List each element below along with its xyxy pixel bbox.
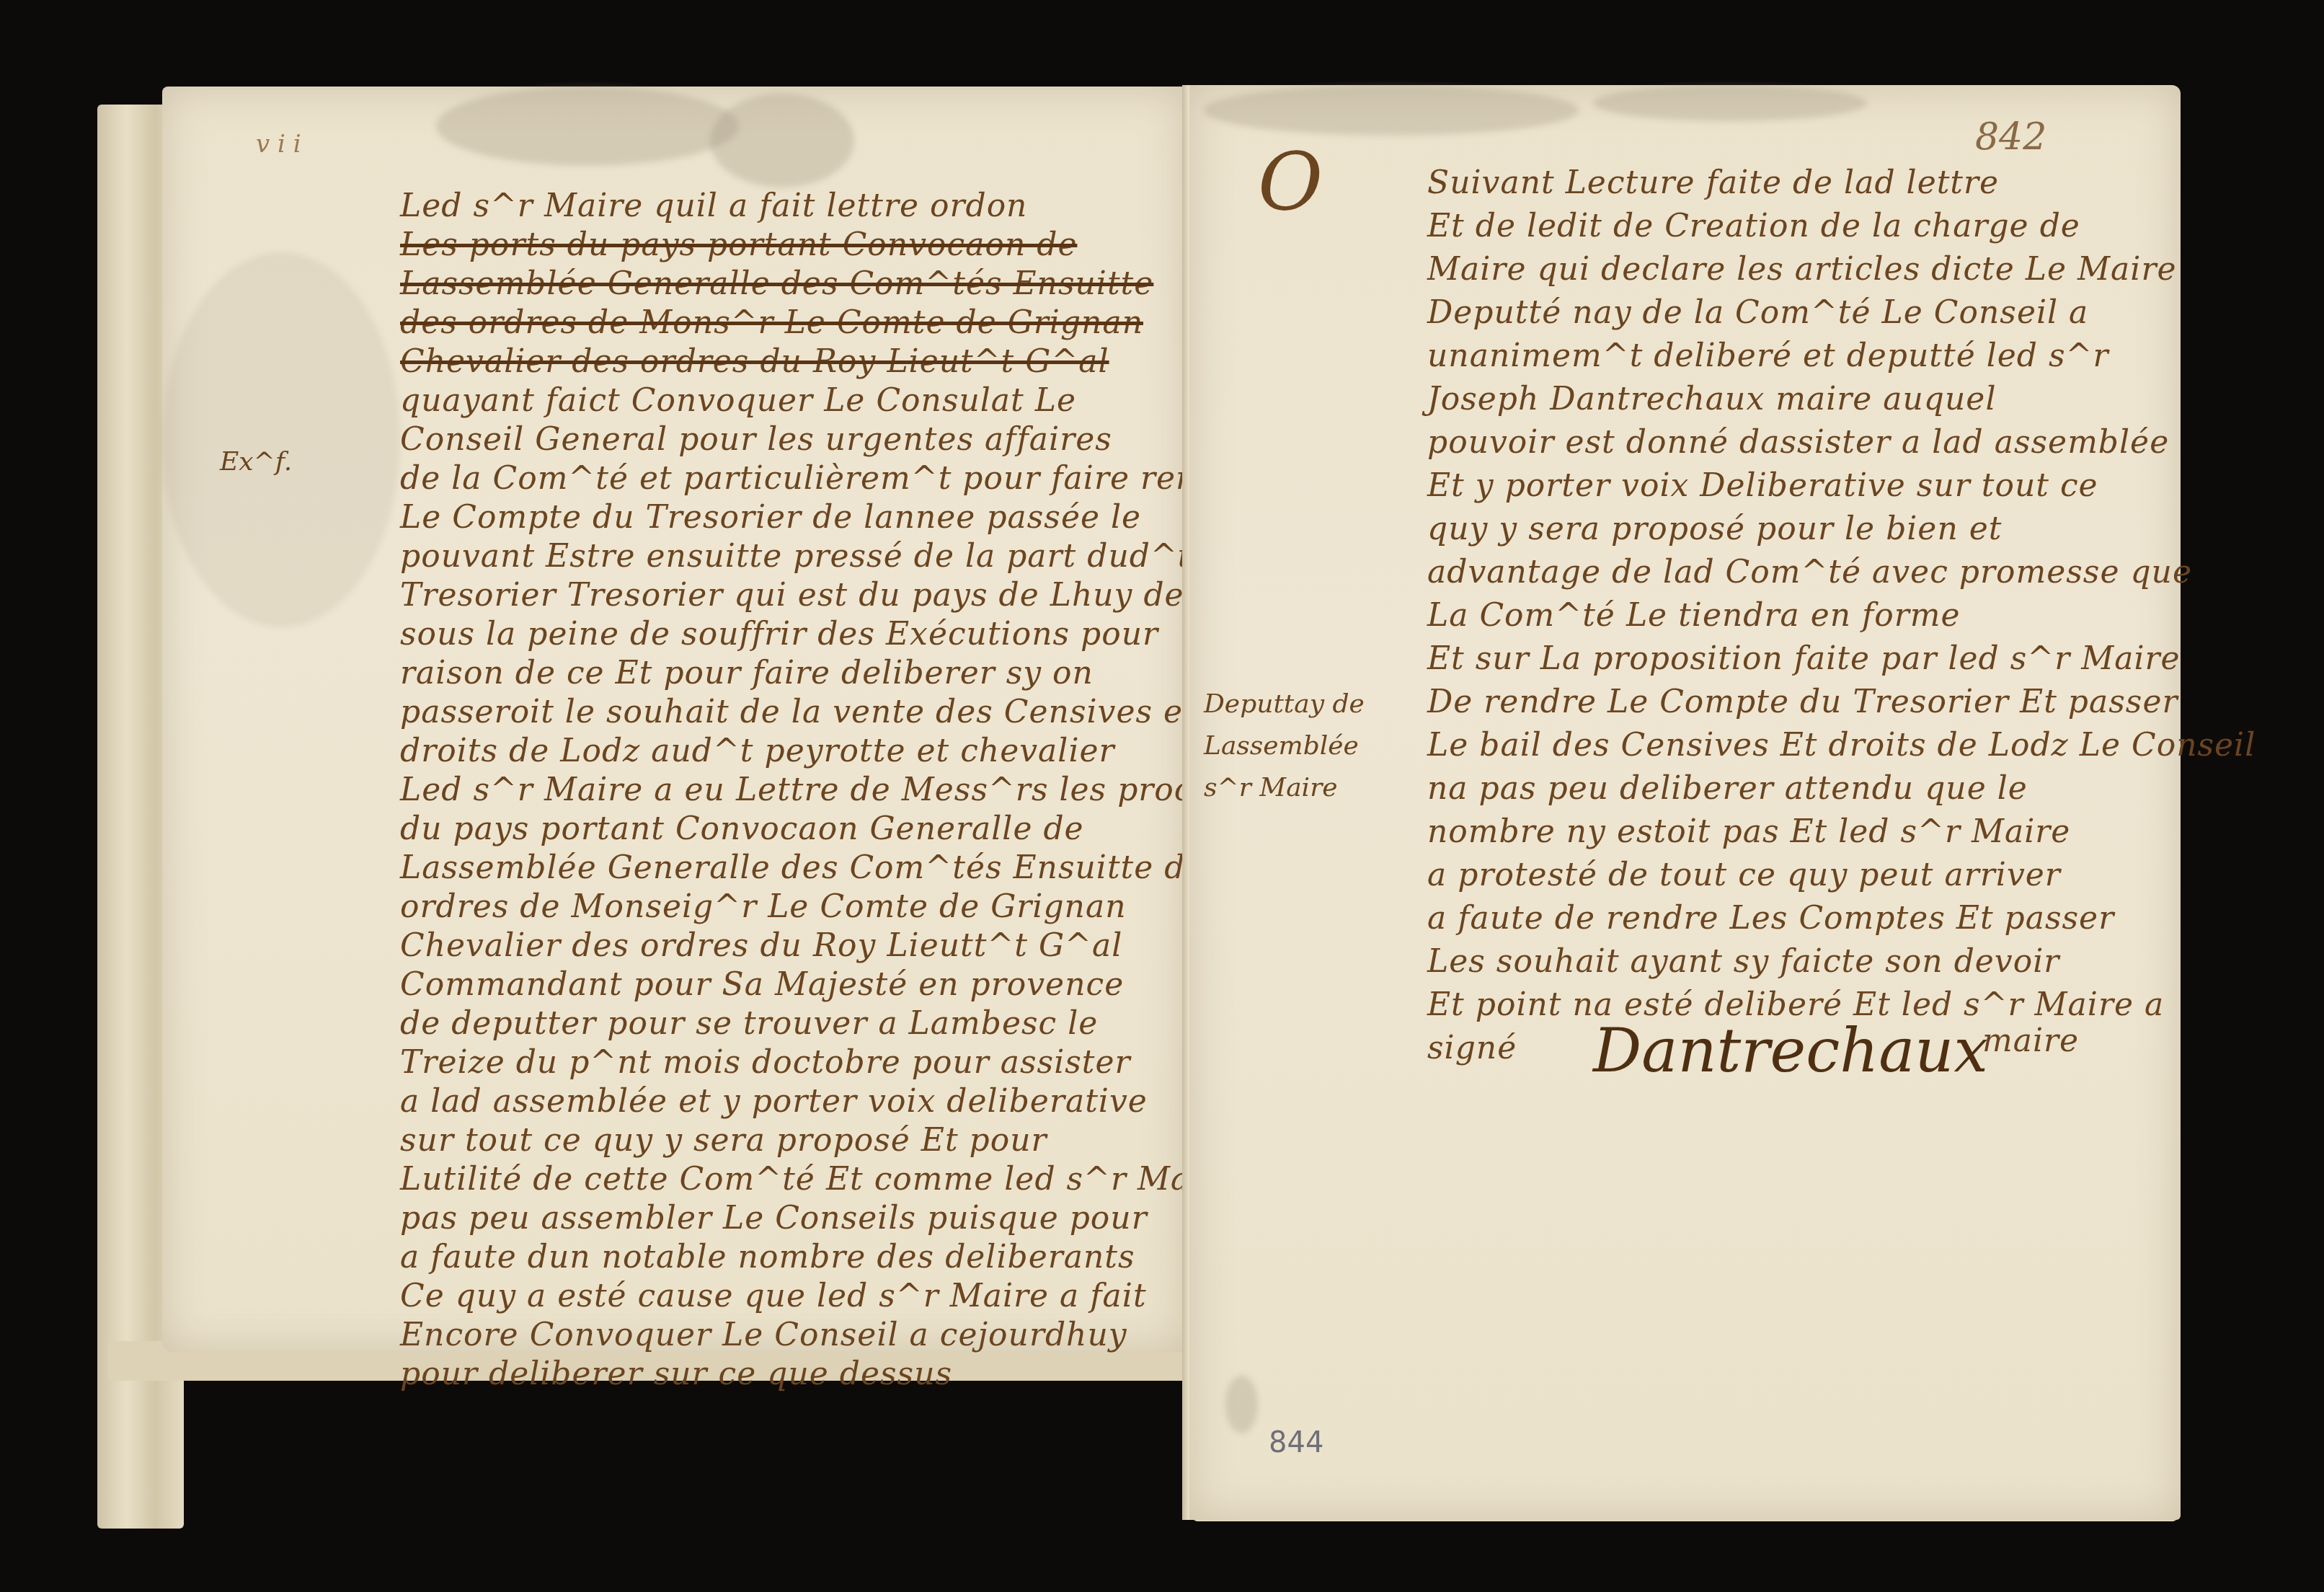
manuscript-line: Les ports du pays portant Convocaon de bbox=[400, 226, 1077, 263]
left-page: v i i Ex^f. Led s^r Maire quil a fait le… bbox=[162, 87, 1186, 1352]
manuscript-line: Et de ledit de Creation de la charge de bbox=[1427, 208, 2080, 244]
manuscript-line: pouvant Estre ensuitte pressé de la part… bbox=[400, 538, 1192, 575]
manuscript-line: du pays portant Convocaon Generalle de bbox=[400, 810, 1084, 847]
manuscript-line: pour deliberer sur ce que dessus bbox=[400, 1356, 952, 1392]
manuscript-line: pouvoir est donné dassister a lad assemb… bbox=[1427, 424, 2169, 461]
manuscript-line: Led s^r Maire quil a fait lettre ordon bbox=[400, 187, 1027, 224]
signature: Dantrechaux bbox=[1593, 1015, 1988, 1086]
manuscript-line: a lad assemblée et y porter voix deliber… bbox=[400, 1083, 1148, 1120]
manuscript-line: Commandant pour Sa Majesté en provence bbox=[400, 966, 1124, 1003]
manuscript-line: quayant faict Convoquer Le Consulat Le bbox=[400, 382, 1076, 419]
water-stain bbox=[162, 252, 400, 627]
manuscript-line: quy y sera proposé pour le bien et bbox=[1427, 510, 2002, 547]
initial-letter: O bbox=[1258, 136, 1323, 228]
manuscript-line: Et sur La proposition faite par led s^r … bbox=[1427, 640, 2181, 677]
pencil-page-number: 844 bbox=[1269, 1426, 1323, 1459]
signature-title: maire bbox=[1982, 1022, 2079, 1059]
water-stain bbox=[1225, 1376, 1258, 1433]
right-page: 842 O Deputtay de Lassemblée s^r Maire S… bbox=[1189, 85, 2181, 1520]
manuscript-line: pas peu assembler Le Conseils puisque po… bbox=[400, 1200, 1148, 1237]
manuscript-line: Chevalier des ordres du Roy Lieut^t G^al bbox=[400, 343, 1109, 380]
manuscript-line: de la Com^té et particulièrem^t pour fai… bbox=[400, 460, 1254, 497]
folio-number: 842 bbox=[1975, 115, 2046, 159]
manuscript-line: Tresorier Tresorier qui est du pays de L… bbox=[400, 577, 1307, 614]
manuscript-line: des ordres de Mons^r Le Comte de Grignan bbox=[400, 304, 1143, 341]
manuscript-line: raison de ce Et pour faire deliberer sy … bbox=[400, 655, 1094, 691]
manuscript-line: advantage de lad Com^té avec promesse qu… bbox=[1427, 554, 2192, 591]
manuscript-line: La Com^té Le tiendra en forme bbox=[1427, 597, 1961, 634]
manuscript-line: De rendre Le Compte du Tresorier Et pass… bbox=[1427, 684, 2178, 720]
manuscript-line: a faute de rendre Les Comptes Et passer bbox=[1427, 900, 2114, 937]
water-stain bbox=[436, 87, 739, 166]
manuscript-line: Conseil General pour les urgentes affair… bbox=[400, 421, 1112, 458]
manuscript-line: nombre ny estoit pas Et led s^r Maire bbox=[1427, 813, 2070, 850]
manuscript-line: Maire qui declare les articles dicte Le … bbox=[1427, 251, 2176, 288]
manuscript-line: droits de Lodz aud^t peyrotte et chevali… bbox=[400, 733, 1115, 769]
corner-mark: v i i bbox=[256, 130, 301, 159]
water-stain bbox=[1593, 85, 1867, 121]
manuscript-line: Treize du p^nt mois doctobre pour assist… bbox=[400, 1044, 1131, 1081]
manuscript-line: Lassemblée Generalle des Com^tés Ensuitt… bbox=[400, 849, 1222, 886]
manuscript-line: de deputter pour se trouver a Lambesc le bbox=[400, 1005, 1098, 1042]
manuscript-line: unanimem^t deliberé et deputté led s^r bbox=[1427, 337, 2109, 374]
manuscript-line: a faute dun notable nombre des deliberan… bbox=[400, 1239, 1135, 1275]
manuscript-line: Les souhait ayant sy faicte son devoir bbox=[1427, 943, 2059, 980]
manuscript-line: Joseph Dantrechaux maire auquel bbox=[1427, 381, 1996, 417]
manuscript-line: Et y porter voix Deliberative sur tout c… bbox=[1427, 467, 2098, 504]
manuscript-line: a protesté de tout ce quy peut arriver bbox=[1427, 857, 2061, 893]
manuscript-line: Suivant Lecture faite de lad lettre bbox=[1427, 164, 1999, 201]
manuscript-line: passeroit le souhait de la vente des Cen… bbox=[400, 694, 1197, 730]
margin-note: Deputtay de Lassemblée s^r Maire bbox=[1204, 684, 1391, 809]
manuscript-line: ordres de Monseig^r Le Comte de Grignan bbox=[400, 888, 1127, 925]
manuscript-line: Le Compte du Tresorier de lannee passée … bbox=[400, 499, 1141, 536]
manuscript-line: Le bail des Censives Et droits de Lodz L… bbox=[1427, 727, 2256, 764]
manuscript-line: Ce quy a esté cause que led s^r Maire a … bbox=[400, 1278, 1147, 1314]
manuscript-line: Deputté nay de la Com^té Le Conseil a bbox=[1427, 294, 2088, 331]
manuscript-line: Led s^r Maire a eu Lettre de Mess^rs les… bbox=[400, 771, 1290, 808]
water-stain bbox=[1204, 85, 1579, 136]
manuscript-line: na pas peu deliberer attendu que le bbox=[1427, 770, 2028, 807]
manuscript-line: Lassemblée Generalle des Com^tés Ensuitt… bbox=[400, 265, 1153, 302]
manuscript-line: Encore Convoquer Le Conseil a cejourdhuy bbox=[400, 1317, 1127, 1353]
manuscript-line: signé bbox=[1427, 1030, 1517, 1066]
margin-note: Ex^f. bbox=[220, 447, 292, 477]
manuscript-line: sur tout ce quy y sera proposé Et pour bbox=[400, 1122, 1047, 1159]
manuscript-line: Chevalier des ordres du Roy Lieutt^t G^a… bbox=[400, 927, 1122, 964]
manuscript-line: sous la peine de souffrir des Exécutions… bbox=[400, 616, 1158, 653]
water-stain bbox=[710, 94, 854, 187]
